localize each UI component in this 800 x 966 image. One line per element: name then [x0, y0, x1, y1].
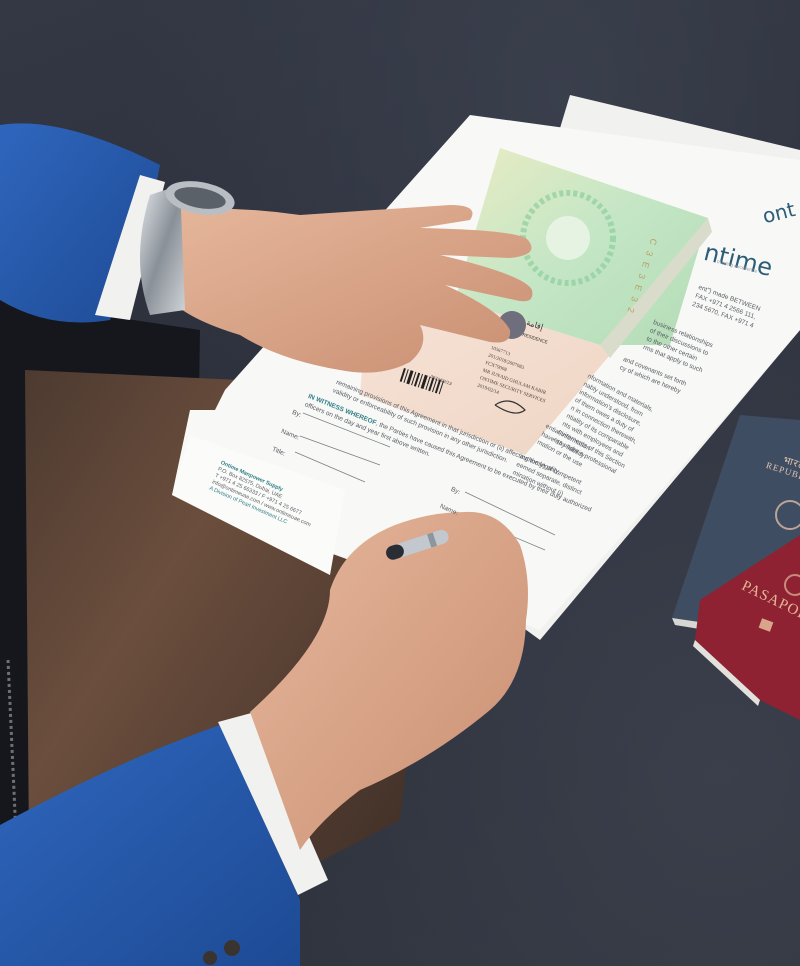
suit-button	[224, 940, 240, 956]
photo-scene: ont ntime trusting excellence ent") made…	[0, 0, 800, 966]
suit-button	[203, 951, 217, 965]
scene-shapes	[0, 0, 800, 966]
